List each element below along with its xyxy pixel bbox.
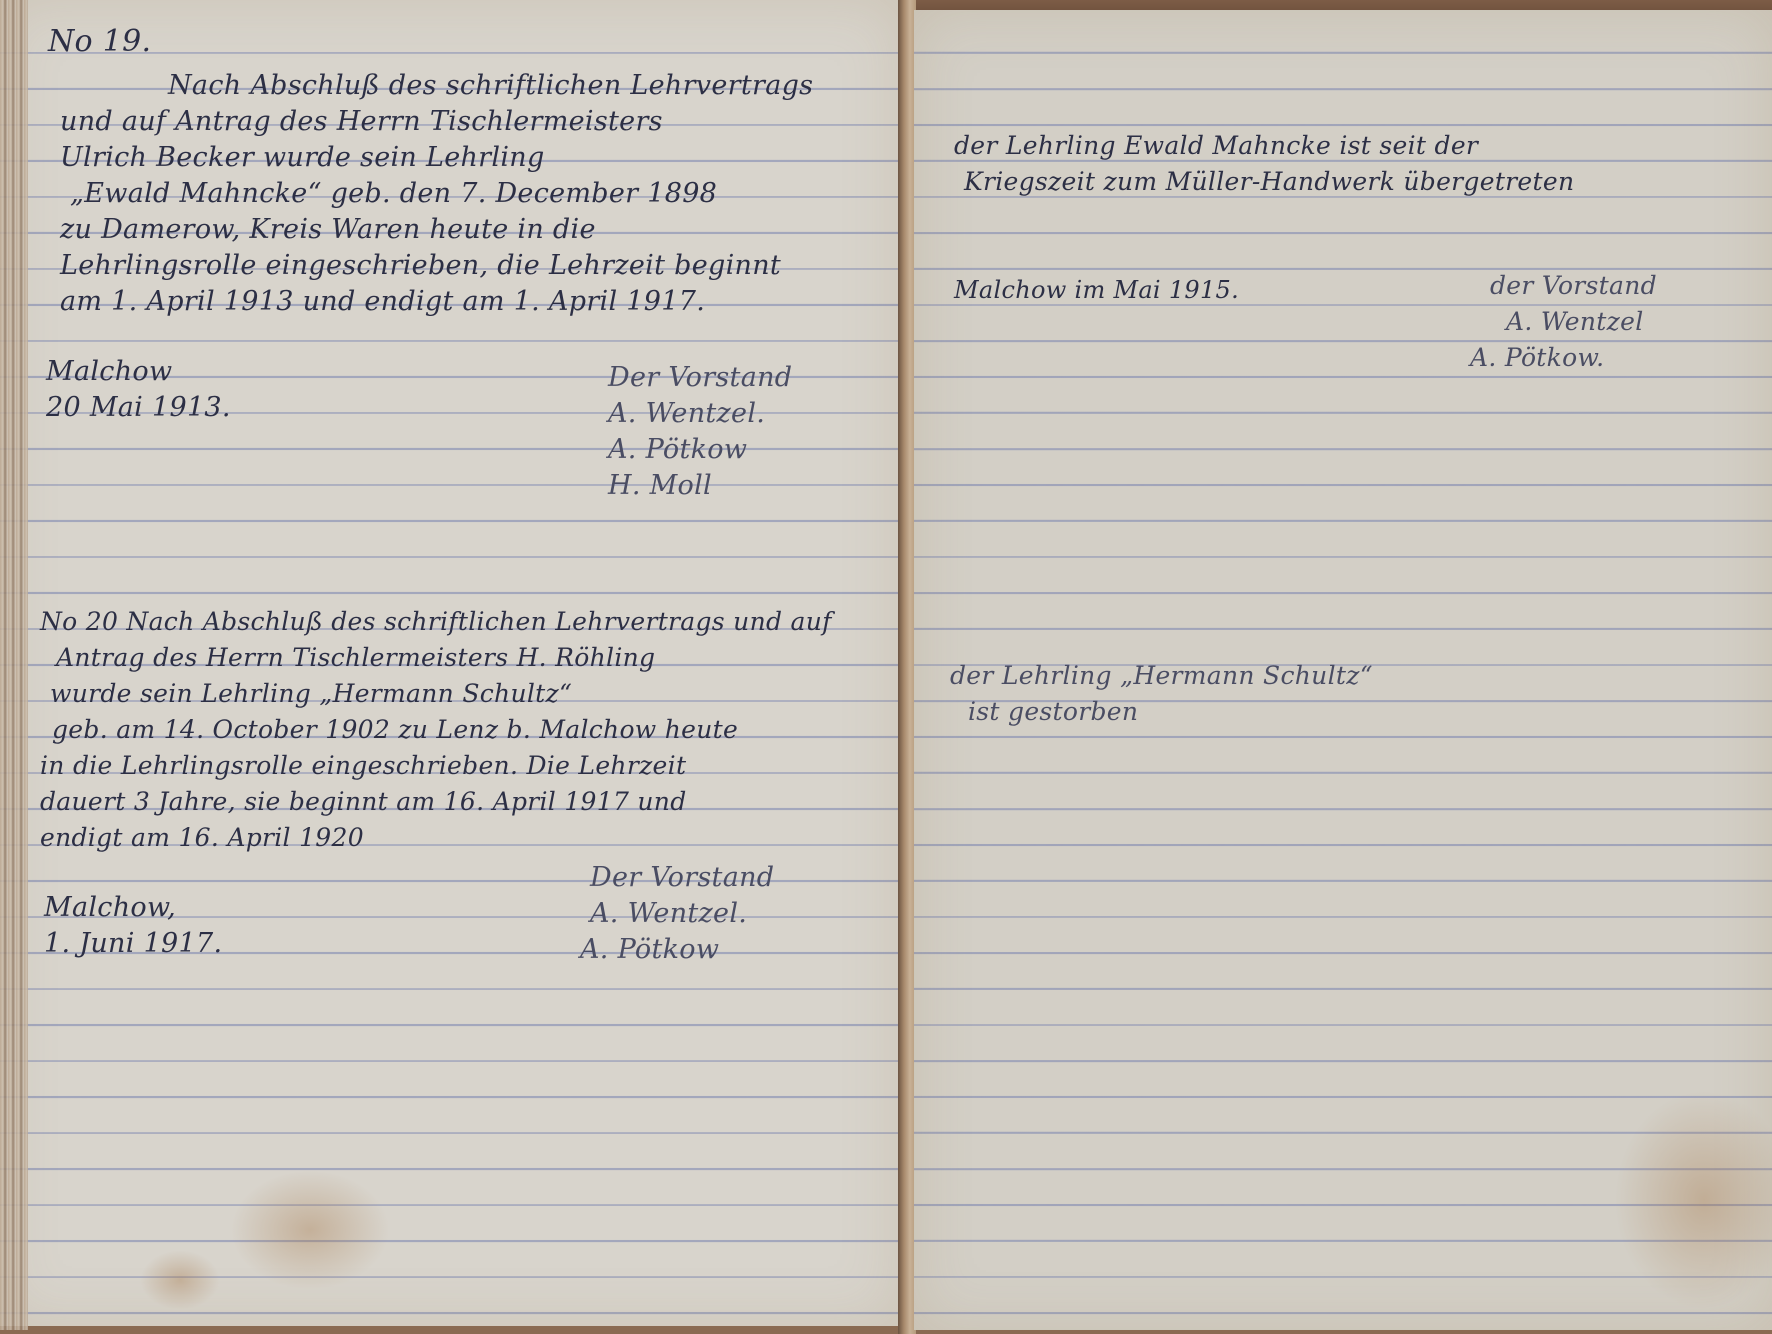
entry-19-line: am 1. April 1913 und endigt am 1. April … xyxy=(60,284,813,320)
note-1-signatures: der Vorstand A. Wentzel A. Pötkow. xyxy=(1470,268,1657,376)
paper-stain xyxy=(1614,1090,1772,1310)
right-page: der Lehrling Ewald Mahncke ist seit der … xyxy=(914,10,1772,1330)
ledger-book: No 19. Nach Abschluß des schriftlichen L… xyxy=(0,0,1772,1334)
entry-20-body: No 20 Nach Abschluß des schriftlichen Le… xyxy=(40,604,832,856)
entry-19-place: Malchow xyxy=(46,354,231,390)
signature-line: A. Wentzel. xyxy=(590,896,774,932)
entry-20-line: in die Lehrlingsrolle eingeschrieben. Di… xyxy=(40,748,832,784)
entry-19-line: Nach Abschluß des schriftlichen Lehrvert… xyxy=(60,68,813,104)
note-1-body: der Lehrling Ewald Mahncke ist seit der … xyxy=(954,128,1574,200)
entry-20-line: endigt am 16. April 1920 xyxy=(40,820,832,856)
entry-20-signatures: Der Vorstand A. Wentzel. A. Pötkow xyxy=(590,860,774,968)
entry-20-line: dauert 3 Jahre, sie beginnt am 16. April… xyxy=(40,784,832,820)
signature-line: A. Wentzel xyxy=(1470,304,1657,340)
note-2-line: ist gestorben xyxy=(950,694,1373,730)
paper-stain xyxy=(230,1170,390,1290)
page-edges xyxy=(0,0,28,1330)
entry-20-line: No 20 Nach Abschluß des schriftlichen Le… xyxy=(40,604,832,640)
entry-19-date: 20 Mai 1913. xyxy=(46,390,231,426)
note-1-line: Kriegszeit zum Müller-Handwerk übergetre… xyxy=(954,164,1574,200)
entry-19-number: No 19. xyxy=(48,24,151,60)
left-page: No 19. Nach Abschluß des schriftlichen L… xyxy=(0,0,900,1326)
entry-20-line: geb. am 14. October 1902 zu Lenz b. Malc… xyxy=(40,712,832,748)
entry-19-place-date: Malchow 20 Mai 1913. xyxy=(46,354,231,426)
entry-19-line: Lehrlingsrolle eingeschrieben, die Lehrz… xyxy=(60,248,813,284)
paper-stain xyxy=(140,1250,220,1310)
note-2-line: der Lehrling „Hermann Schultz“ xyxy=(950,658,1373,694)
entry-19-signatures: Der Vorstand A. Wentzel. A. Pötkow H. Mo… xyxy=(608,360,792,504)
entry-19-line: und auf Antrag des Herrn Tischlermeister… xyxy=(60,104,813,140)
entry-20-line: wurde sein Lehrling „Hermann Schultz“ xyxy=(40,676,832,712)
signature-line: A. Pötkow xyxy=(608,432,792,468)
signature-line: H. Moll xyxy=(608,468,792,504)
entry-19-line: „Ewald Mahncke“ geb. den 7. December 189… xyxy=(60,176,813,212)
signature-line: A. Pötkow. xyxy=(1470,340,1657,376)
entry-20-place-date: Malchow, 1. Juni 1917. xyxy=(44,890,222,962)
entry-19-body: Nach Abschluß des schriftlichen Lehrvert… xyxy=(60,68,813,320)
signature-line: der Vorstand xyxy=(1470,268,1657,304)
entry-20-line: Antrag des Herrn Tischlermeisters H. Röh… xyxy=(40,640,832,676)
signature-line: Der Vorstand xyxy=(590,860,774,896)
note-1-line: der Lehrling Ewald Mahncke ist seit der xyxy=(954,128,1574,164)
entry-19-line: zu Damerow, Kreis Waren heute in die xyxy=(60,212,813,248)
signature-line: A. Wentzel. xyxy=(608,396,792,432)
entry-20-date: 1. Juni 1917. xyxy=(44,926,222,962)
signature-line: A. Pötkow xyxy=(580,932,774,968)
entry-20-place: Malchow, xyxy=(44,890,222,926)
note-1-place-date: Malchow im Mai 1915. xyxy=(954,272,1239,308)
note-2-body: der Lehrling „Hermann Schultz“ ist gesto… xyxy=(950,658,1373,730)
signature-line: Der Vorstand xyxy=(608,360,792,396)
entry-19-line: Ulrich Becker wurde sein Lehrling xyxy=(60,140,813,176)
